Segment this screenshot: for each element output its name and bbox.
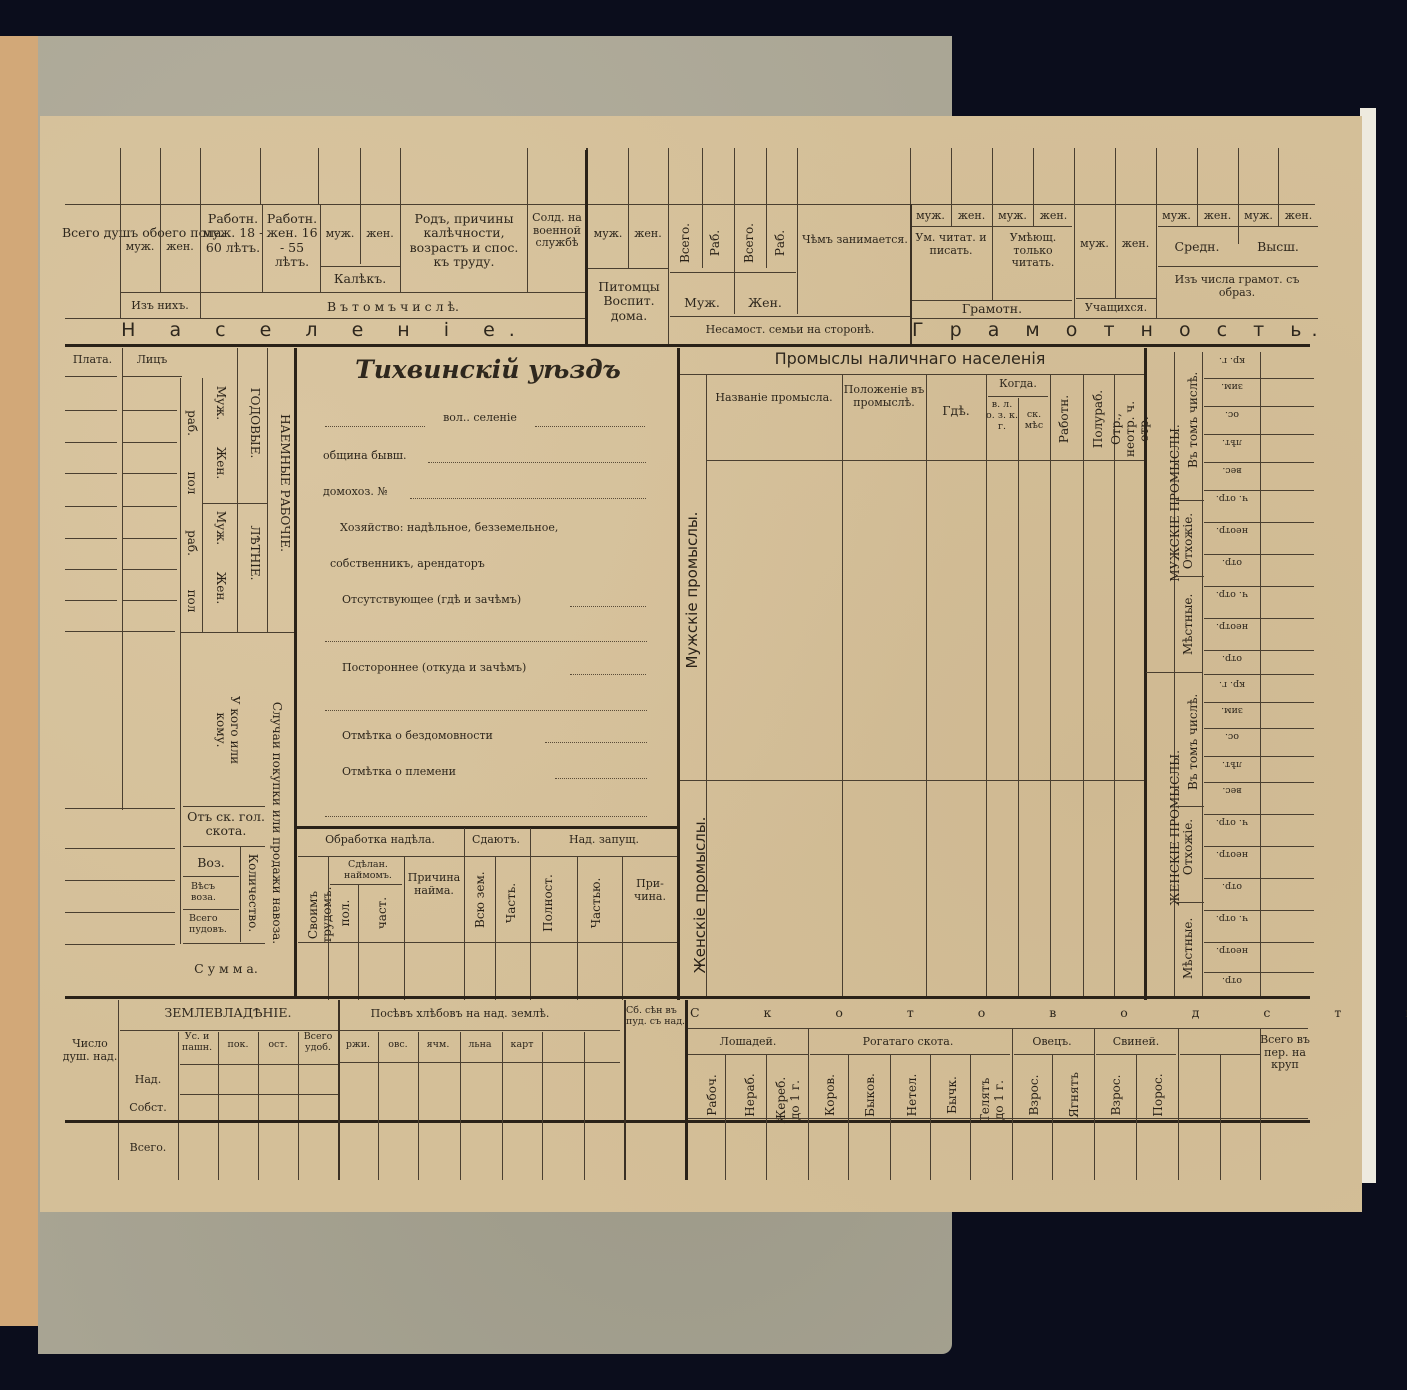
sub-half-1: пол <box>185 453 199 513</box>
carts-label: Воз. <box>183 856 239 870</box>
manure-title: Случаи покупки или продажи навоза. <box>270 678 284 968</box>
persons-label: Лицъ <box>122 354 182 367</box>
female-row-10: неотр. <box>1204 944 1260 955</box>
male-row-1: кр. г. <box>1204 354 1260 365</box>
trade-where-label: Гдѣ. <box>926 404 986 418</box>
trades-title: Промыслы наличнаго населенія <box>680 350 1140 368</box>
farm-type-label-2: собственникъ, арендаторъ <box>330 558 530 571</box>
pig-col-2: Порос. <box>1151 1065 1165 1125</box>
literacy-section-title: Г р а м о т н о с т ь. <box>912 320 1318 342</box>
population-section-title: Н а с е л е н і е. <box>65 320 585 342</box>
including-label: В ъ т о м ъ ч и с л ѣ. <box>200 300 586 314</box>
lit-sex-3: муж. <box>992 210 1033 223</box>
cripples-male-label: муж. <box>320 228 360 241</box>
tribe-mark-label: Отмѣтка о племени <box>342 766 542 779</box>
female-row-8: отр. <box>1204 880 1260 891</box>
hired-label: Сдѣлан. наймомъ. <box>330 860 406 882</box>
read-only-label: Умѣющ. только читать. <box>992 232 1074 270</box>
land-col-4: Всего удоб. <box>298 1032 338 1054</box>
female-row-5: вес. <box>1204 784 1260 795</box>
literate-label: Грамотн. <box>910 302 1074 316</box>
partly-label: Частью. <box>589 875 603 931</box>
sum-label: С у м м а. <box>183 962 269 976</box>
trade-when-label: Когда. <box>986 378 1050 391</box>
foster-male-label: муж. <box>588 228 628 241</box>
summer-female-label: Жен. <box>214 563 228 613</box>
quantity-label: Количество. <box>246 848 260 938</box>
hired-part-label: част. <box>375 893 389 933</box>
pigs-label: Свиней. <box>1096 1036 1176 1049</box>
female-row-6: ч. отр. <box>1204 816 1260 827</box>
lit-sex-2: жен. <box>951 210 992 223</box>
male-row-6: ч. отр. <box>1204 492 1260 503</box>
female-row-2: зим. <box>1204 704 1260 715</box>
sheep-col-2: Ягнятъ <box>1067 1065 1081 1125</box>
pay-label: Плата. <box>65 354 120 367</box>
sub-half-2: пол <box>185 571 199 631</box>
students-female-label: жен. <box>1115 238 1156 251</box>
workers-male-label: Работн. муж. 18 - 60 лѣтъ. <box>202 212 264 255</box>
cripple-reason-label: Родъ, причины калѣчности, возрастъ и спо… <box>402 212 526 270</box>
male-row-11: отр. <box>1204 652 1260 663</box>
secondary-label: Средн. <box>1156 240 1238 254</box>
part-land-label: Часть. <box>504 878 518 928</box>
community-label: община бывш. <box>323 450 433 463</box>
male-row-3: ос. <box>1204 408 1260 419</box>
hay-label: Сб. сѣн въ пуд. съ над. <box>626 1006 686 1028</box>
occupation-label: Чѣмъ занимается. <box>800 234 910 247</box>
tribe-mark-field[interactable] <box>555 778 647 779</box>
dep-work-male-label: Раб. <box>708 220 722 266</box>
sowing-title: Посѣвъ хлѣбовъ на над. землѣ. <box>340 1008 580 1021</box>
horses-label: Лошадей. <box>688 1036 808 1049</box>
census-form-sheet: Всего душъ обоего пола. муж. жен. Изъ ни… <box>40 116 1362 1212</box>
sub-work-2: раб. <box>185 513 199 573</box>
crop-rye: ржи. <box>338 1040 378 1051</box>
absent-field-2[interactable] <box>325 641 647 642</box>
hire-reason-label: Причина найма. <box>404 872 464 897</box>
male-trades-label: Мужскіе промыслы. <box>683 490 701 690</box>
male-label: муж. <box>120 241 160 254</box>
dep-total-male-label: Всего. <box>678 220 692 266</box>
horse-col-1: Рабоч. <box>705 1065 719 1125</box>
tribe-mark-field-2[interactable] <box>325 816 647 817</box>
yearly-label: ГОДОВЫЕ. <box>248 378 262 468</box>
foster-label: Питомцы Воспит. дома. <box>588 280 670 323</box>
workers-female-label: Работн. жен. 16 - 55 лѣтъ. <box>264 212 320 270</box>
male-row-2: зим. <box>1204 380 1260 391</box>
cattle-col-2: Быков. <box>863 1065 877 1125</box>
trade-half-workers-label: Полураб. <box>1091 389 1105 449</box>
crop-barley: ячм. <box>418 1040 458 1051</box>
students-male-label: муж. <box>1074 238 1115 251</box>
female-row-9: ч. отр. <box>1204 912 1260 923</box>
dep-total-female-label: Всего. <box>742 220 756 266</box>
land-col-3: ост. <box>258 1040 298 1051</box>
male-row-7: неотр. <box>1204 524 1260 535</box>
male-row-4: лѣт. <box>1204 436 1260 447</box>
yearly-male-label: Муж. <box>214 378 228 428</box>
female-migrant-label: Отхожіе. <box>1181 817 1195 877</box>
sheep-label: Овецъ. <box>1014 1036 1090 1049</box>
pig-col-1: Взрос. <box>1109 1065 1123 1125</box>
sub-work-1: раб. <box>185 393 199 453</box>
fully-label: Полност. <box>541 873 555 933</box>
souls-label: Число душ. над. <box>62 1038 118 1063</box>
female-trades-label: Женскіе промыслы. <box>691 795 709 995</box>
crop-flax: льна <box>460 1040 500 1051</box>
land-title: ЗЕМЛЕВЛАДѢНІЕ. <box>120 1006 336 1020</box>
female-row-7: неотр. <box>1204 848 1260 859</box>
female-row-11: отр. <box>1204 974 1260 985</box>
female-row-1: кр. г. <box>1204 678 1260 689</box>
hired-full-label: пол. <box>338 893 352 933</box>
district-title: Тихвинскій уѣздъ <box>298 356 678 385</box>
outsider-field-2[interactable] <box>325 710 647 711</box>
read-write-label: Ум. читат. и писать. <box>910 232 992 257</box>
left-page-edge <box>0 36 40 1326</box>
dep-male-label: Муж. <box>670 296 734 310</box>
volost-village-field[interactable] <box>535 426 645 427</box>
male-row-5: вес. <box>1204 464 1260 475</box>
female-label: жен. <box>160 241 200 254</box>
trade-months-label: ск. мѣс <box>1018 410 1050 432</box>
outsider-field[interactable] <box>570 674 646 675</box>
trade-season-label: в. л. о. з. к. г. <box>986 400 1018 433</box>
own-labor-label: Своимъ трудомъ. <box>306 885 334 945</box>
cattle-col-3: Нетел. <box>905 1065 919 1125</box>
hired-workers-title: НАЕМНЫЕ РАБОЧІЕ. <box>278 388 292 578</box>
summer-label: ЛѢТНІЕ. <box>248 508 262 598</box>
household-no-field[interactable] <box>410 498 646 499</box>
dependent-families-label: Несамост. семьи на сторонѣ. <box>670 324 910 337</box>
farm-type-label: Хозяйство: надѣльное, безземельное, <box>340 522 650 535</box>
total-souls-label: Всего душъ обоего пола. <box>62 226 120 240</box>
livestock-title: С к о т о в о д с т в о. <box>690 1006 1290 1020</box>
land-row-own: Собст. <box>120 1102 176 1115</box>
crop-potato: карт <box>502 1040 542 1051</box>
land-col-1: Ус. и пашн. <box>178 1032 216 1054</box>
community-field[interactable] <box>428 462 646 463</box>
dep-female-label: Жен. <box>734 296 796 310</box>
total-poods-label: Всего пудовъ. <box>183 914 239 936</box>
cattle-col-4: Бычк. <box>945 1065 959 1125</box>
lit-sex-8: жен. <box>1197 210 1238 223</box>
male-row-8: отр. <box>1204 556 1260 567</box>
male-row-9: ч. отр. <box>1204 588 1260 599</box>
higher-label: Высш. <box>1238 240 1318 254</box>
horse-col-2: Нераб. <box>743 1065 757 1125</box>
homeless-mark-field[interactable] <box>545 742 647 743</box>
cattle-col-1: Коров. <box>823 1065 837 1125</box>
trade-position-label: Положеніе въ промыслѣ. <box>842 384 926 409</box>
sheep-col-1: Взрос. <box>1027 1065 1041 1125</box>
students-label: Учащихся. <box>1074 302 1158 315</box>
cripples-label: Калѣкъ. <box>320 272 400 286</box>
reason-label: При- чина. <box>622 878 678 903</box>
male-including-label: Въ томъ числѣ. <box>1186 378 1200 468</box>
male-migrant-label: Отхожіе. <box>1181 511 1195 571</box>
of-them-label: Изъ нихъ. <box>120 300 200 313</box>
lit-sex-7: муж. <box>1156 210 1197 223</box>
absent-field[interactable] <box>570 606 646 607</box>
land-row-total: Всего. <box>120 1142 176 1155</box>
crop-oats: овс. <box>378 1040 418 1051</box>
land-row-allotment: Над. <box>120 1074 176 1087</box>
page-edge <box>1360 108 1376 1183</box>
male-local-label: Мѣстные. <box>1181 595 1195 655</box>
lit-sex-4: жен. <box>1033 210 1074 223</box>
all-land-label: Всю зем. <box>473 878 487 928</box>
from-whom-label: У кого или кому. <box>214 680 242 780</box>
absent-label: Отсутствующее (гдѣ и зачѣмъ) <box>342 594 572 607</box>
educated-label: Изъ числа грамот. съ образ. <box>1156 274 1318 299</box>
outsider-label: Постороннее (откуда и зачѣмъ) <box>342 662 572 675</box>
horse-col-3: Жереб. до 1 г. <box>774 1070 802 1130</box>
neglected-label: Над. запущ. <box>530 834 678 847</box>
lit-sex-9: муж. <box>1238 210 1279 223</box>
cattle-col-5: Телятъ до 1 г. <box>978 1070 1006 1130</box>
household-no-label: домохоз. № <box>323 486 413 499</box>
soldiers-label: Солд. на военной службѣ <box>528 212 586 250</box>
female-including-label: Въ томъ числѣ. <box>1186 700 1200 790</box>
summer-male-label: Муж. <box>214 503 228 553</box>
cattle-label: Рогатаго скота. <box>810 1036 1006 1049</box>
lit-sex-10: жен. <box>1278 210 1319 223</box>
female-row-3: ос. <box>1204 730 1260 741</box>
dep-work-female-label: Раб. <box>773 220 787 266</box>
lit-sex-1: муж. <box>910 210 951 223</box>
trade-name-label: Названіе промысла. <box>708 392 840 405</box>
total-livestock-label: Всего въ пер. на круп <box>1260 1034 1310 1072</box>
land-col-2: пок. <box>218 1040 258 1051</box>
cultivation-label: Обработка надѣла. <box>298 834 462 847</box>
yearly-female-label: Жен. <box>214 438 228 488</box>
foster-female-label: жен. <box>628 228 668 241</box>
homeless-mark-label: Отмѣтка о бездомовности <box>342 730 542 743</box>
from-cattle-label: Отъ ск. гол. скота. <box>183 810 269 839</box>
cart-weight-label: Вѣсъ воза. <box>183 882 239 904</box>
female-row-4: лѣт. <box>1204 758 1260 769</box>
volost-village-label: вол.. селеніе <box>425 412 535 425</box>
lease-out-label: Сдаютъ. <box>464 834 528 847</box>
female-local-label: Мѣстные. <box>1181 919 1195 979</box>
cripples-female-label: жен. <box>360 228 400 241</box>
trade-workers-label: Работн. <box>1057 391 1071 447</box>
male-row-10: неотр. <box>1204 620 1260 631</box>
